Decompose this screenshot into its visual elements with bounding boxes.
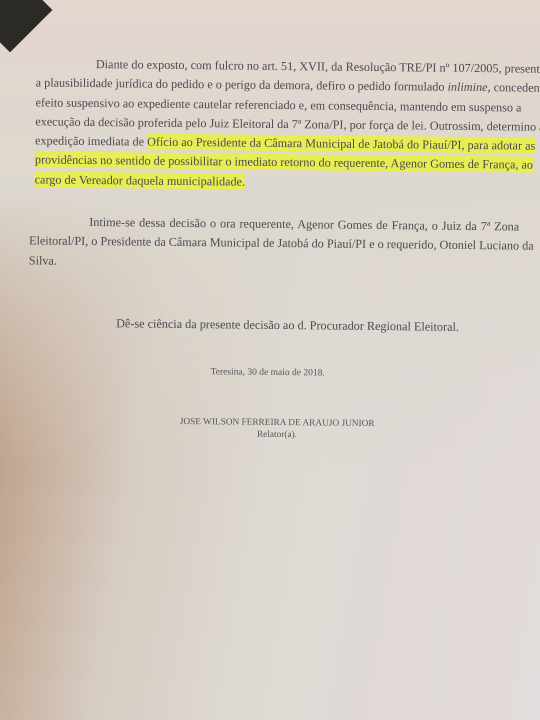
decision-paragraph: Diante do exposto, com fulcro no art. 51… bbox=[35, 54, 516, 194]
highlighted-text: Ofício ao Presidente da Câmara Municipal… bbox=[147, 134, 535, 154]
prosecutor-notice: Dê-se ciência da presente decisão ao d. … bbox=[116, 316, 459, 335]
latin-term: inlimine bbox=[447, 80, 487, 94]
line-text: a plausibilidade jurídica do pedido e o … bbox=[36, 76, 445, 94]
highlighted-text: providências no sentido de possibilitar … bbox=[35, 152, 533, 173]
highlighted-text: cargo de Vereador daquela municipalidade… bbox=[35, 171, 246, 189]
notification-paragraph: Intime-se dessa decisão o ora requerente… bbox=[29, 212, 520, 275]
document-page: Diante do exposto, com fulcro no art. 51… bbox=[0, 0, 540, 720]
line-text: , concedendo bbox=[487, 80, 540, 95]
date-line: Teresina, 30 de maio de 2018. bbox=[0, 365, 538, 381]
line-text: expedição imediata de bbox=[35, 134, 144, 149]
